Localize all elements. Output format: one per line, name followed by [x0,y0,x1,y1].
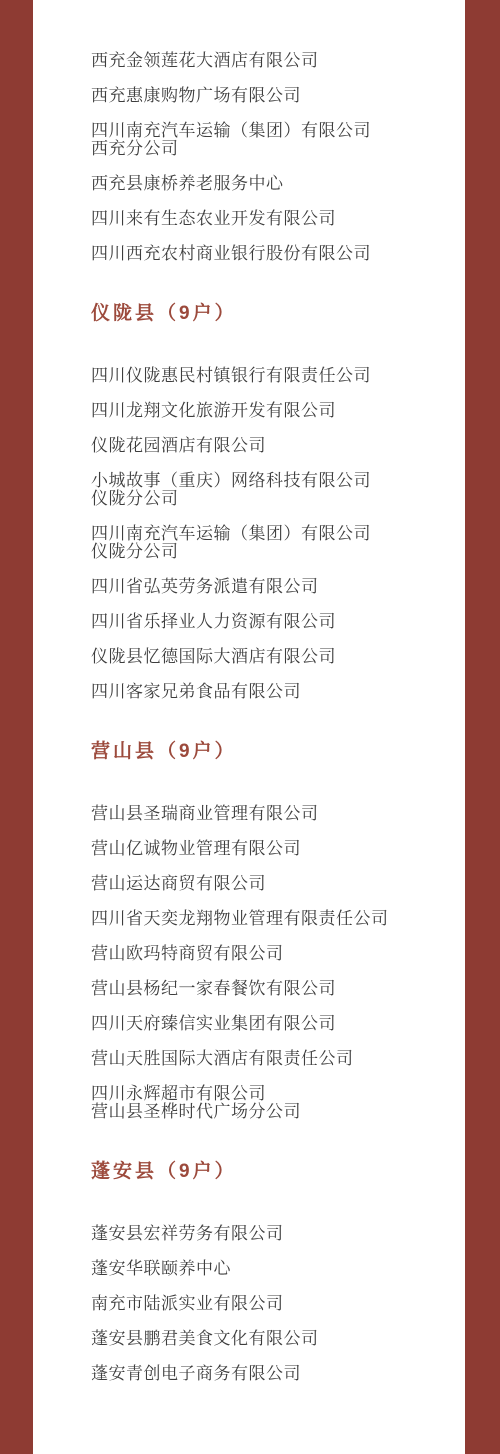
company-list-item: 西充惠康购物广场有限公司 [91,87,458,105]
company-name-line: 四川南充汽车运输（集团）有限公司 [91,525,458,543]
document-page: 西充金领莲花大酒店有限公司 西充惠康购物广场有限公司 四川南充汽车运输（集团）有… [91,52,458,1400]
company-name-line: 营山县圣瑞商业管理有限公司 [91,805,458,823]
company-name-line: 营山运达商贸有限公司 [91,875,458,893]
section-header-pengan: 蓬安县（9户） [91,1161,458,1183]
company-name-line: 小城故事（重庆）网络科技有限公司 [91,472,458,490]
company-list-item: 四川客家兄弟食品有限公司 [91,683,458,701]
section-header-yilong: 仪陇县（9户） [91,303,458,325]
company-name-line: 四川龙翔文化旅游开发有限公司 [91,402,458,420]
company-list-item: 蓬安华联颐养中心 [91,1260,458,1278]
company-list-item: 西充金领莲花大酒店有限公司 [91,52,458,70]
company-list-item: 蓬安县宏祥劳务有限公司 [91,1225,458,1243]
company-list-item: 四川西充农村商业银行股份有限公司 [91,245,458,263]
company-list-item: 仪陇花园酒店有限公司 [91,437,458,455]
company-name-line: 四川客家兄弟食品有限公司 [91,683,458,701]
company-list-item: 四川省弘英劳务派遣有限公司 [91,578,458,596]
company-name-line: 仪陇花园酒店有限公司 [91,437,458,455]
company-list-item: 南充市陆派实业有限公司 [91,1295,458,1313]
company-list-item: 营山天胜国际大酒店有限责任公司 [91,1050,458,1068]
company-name-line: 西充金领莲花大酒店有限公司 [91,52,458,70]
company-list-item: 四川仪陇惠民村镇银行有限责任公司 [91,367,458,385]
company-list-item: 四川南充汽车运输（集团）有限公司 西充分公司 [91,122,458,158]
company-name-line: 营山天胜国际大酒店有限责任公司 [91,1050,458,1068]
company-list-item: 西充县康桥养老服务中心 [91,175,458,193]
company-list-item: 四川来有生态农业开发有限公司 [91,210,458,228]
company-name-line: 四川仪陇惠民村镇银行有限责任公司 [91,367,458,385]
company-name-line: 四川南充汽车运输（集团）有限公司 [91,122,458,140]
company-list-item: 蓬安青创电子商务有限公司 [91,1365,458,1383]
company-name-line: 四川省弘英劳务派遣有限公司 [91,578,458,596]
left-accent-bar [0,0,33,1454]
company-list-item: 营山运达商贸有限公司 [91,875,458,893]
company-list-item: 四川龙翔文化旅游开发有限公司 [91,402,458,420]
right-accent-bar [465,0,500,1454]
company-branch-line: 营山县圣桦时代广场分公司 [91,1103,458,1121]
company-name-line: 蓬安华联颐养中心 [91,1260,458,1278]
company-name-line: 四川西充农村商业银行股份有限公司 [91,245,458,263]
company-name-line: 蓬安青创电子商务有限公司 [91,1365,458,1383]
company-name-line: 蓬安县鹏君美食文化有限公司 [91,1330,458,1348]
company-branch-line: 西充分公司 [91,140,458,158]
company-list-item: 营山亿诚物业管理有限公司 [91,840,458,858]
company-name-line: 四川省乐择业人力资源有限公司 [91,613,458,631]
company-list-item: 营山欧玛特商贸有限公司 [91,945,458,963]
company-list-item: 蓬安县鹏君美食文化有限公司 [91,1330,458,1348]
company-name-line: 营山亿诚物业管理有限公司 [91,840,458,858]
company-name-line: 四川天府臻信实业集团有限公司 [91,1015,458,1033]
company-list-item: 四川南充汽车运输（集团）有限公司 仪陇分公司 [91,525,458,561]
company-name-line: 营山欧玛特商贸有限公司 [91,945,458,963]
section-header-yingshan: 营山县（9户） [91,741,458,763]
company-list-item: 四川省乐择业人力资源有限公司 [91,613,458,631]
section-yingshan: 营山县（9户） 营山县圣瑞商业管理有限公司 营山亿诚物业管理有限公司 营山运达商… [91,741,458,1121]
company-name-line: 四川永辉超市有限公司 [91,1085,458,1103]
company-list-item: 营山县杨纪一家春餐饮有限公司 [91,980,458,998]
company-list-item: 仪陇县忆德国际大酒店有限公司 [91,648,458,666]
company-name-line: 营山县杨纪一家春餐饮有限公司 [91,980,458,998]
company-branch-line: 仪陇分公司 [91,490,458,508]
company-branch-line: 仪陇分公司 [91,543,458,561]
company-name-line: 仪陇县忆德国际大酒店有限公司 [91,648,458,666]
company-name-line: 南充市陆派实业有限公司 [91,1295,458,1313]
company-name-line: 四川省天奕龙翔物业管理有限责任公司 [91,910,458,928]
company-list-item: 四川永辉超市有限公司 营山县圣桦时代广场分公司 [91,1085,458,1121]
company-list-item: 营山县圣瑞商业管理有限公司 [91,805,458,823]
company-name-line: 西充惠康购物广场有限公司 [91,87,458,105]
company-name-line: 西充县康桥养老服务中心 [91,175,458,193]
company-name-line: 四川来有生态农业开发有限公司 [91,210,458,228]
company-list-item: 四川省天奕龙翔物业管理有限责任公司 [91,910,458,928]
company-list-item: 四川天府臻信实业集团有限公司 [91,1015,458,1033]
section-xichong: 西充金领莲花大酒店有限公司 西充惠康购物广场有限公司 四川南充汽车运输（集团）有… [91,52,458,263]
company-list-item: 小城故事（重庆）网络科技有限公司 仪陇分公司 [91,472,458,508]
company-name-line: 蓬安县宏祥劳务有限公司 [91,1225,458,1243]
section-pengan: 蓬安县（9户） 蓬安县宏祥劳务有限公司 蓬安华联颐养中心 南充市陆派实业有限公司… [91,1161,458,1383]
section-yilong: 仪陇县（9户） 四川仪陇惠民村镇银行有限责任公司 四川龙翔文化旅游开发有限公司 … [91,303,458,701]
